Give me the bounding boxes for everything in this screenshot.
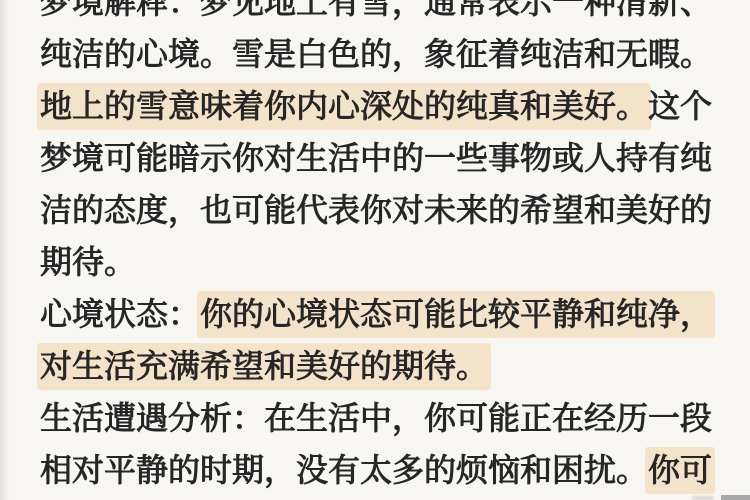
text-line: 期待。 — [40, 236, 718, 288]
text-line: 相对平静的时期，没有太多的烦恼和困扰。你可 — [40, 444, 718, 496]
plain-text: 期待。 — [40, 244, 136, 280]
watermark-smudge — [692, 496, 714, 500]
watermark-fragment — [721, 495, 750, 500]
plain-text: 梦境可能暗示你对生活中的一些事物或人持有纯 — [40, 140, 712, 176]
plain-text: 这个 — [648, 88, 712, 124]
text-line: 对生活充满希望和美好的期待。 — [40, 340, 718, 392]
left-edge-shadow — [0, 0, 9, 500]
plain-text: 洁的态度，也可能代表你对未来的希望和美好的 — [40, 192, 712, 228]
text-line: 地上的雪意味着你内心深处的纯真和美好。这个 — [40, 80, 718, 132]
highlighted-text: 对生活充满希望和美好的期待。 — [37, 343, 491, 390]
text-line: 梦境解释：梦见地上有雪，通常表示一种清新、 — [40, 0, 718, 28]
highlighted-text: 你的心境状态可能比较平静和纯净， — [197, 291, 715, 338]
text-line: 纯洁的心境。雪是白色的，象征着纯洁和无暇。 — [40, 28, 718, 80]
dream-interpretation-text: 梦境解释：梦见地上有雪，通常表示一种清新、纯洁的心境。雪是白色的，象征着纯洁和无… — [40, 0, 718, 496]
text-line: 生活遭遇分析：在生活中，你可能正在经历一段 — [40, 392, 718, 444]
article-page: 梦境解释：梦见地上有雪，通常表示一种清新、纯洁的心境。雪是白色的，象征着纯洁和无… — [0, 0, 750, 500]
highlighted-text: 你可 — [645, 447, 715, 494]
text-line: 洁的态度，也可能代表你对未来的希望和美好的 — [40, 184, 718, 236]
plain-text: 生活遭遇分析：在生活中，你可能正在经历一段 — [40, 400, 712, 436]
text-line: 心境状态：你的心境状态可能比较平静和纯净， — [40, 288, 718, 340]
highlighted-text: 地上的雪意味着你内心深处的纯真和美好。 — [37, 83, 651, 130]
plain-text: 纯洁的心境。雪是白色的，象征着纯洁和无暇。 — [40, 36, 712, 72]
plain-text: 梦境解释：梦见地上有雪，通常表示一种清新、 — [40, 0, 712, 20]
plain-text: 心境状态： — [40, 296, 200, 332]
plain-text: 相对平静的时期，没有太多的烦恼和困扰。 — [40, 452, 648, 488]
text-line: 梦境可能暗示你对生活中的一些事物或人持有纯 — [40, 132, 718, 184]
